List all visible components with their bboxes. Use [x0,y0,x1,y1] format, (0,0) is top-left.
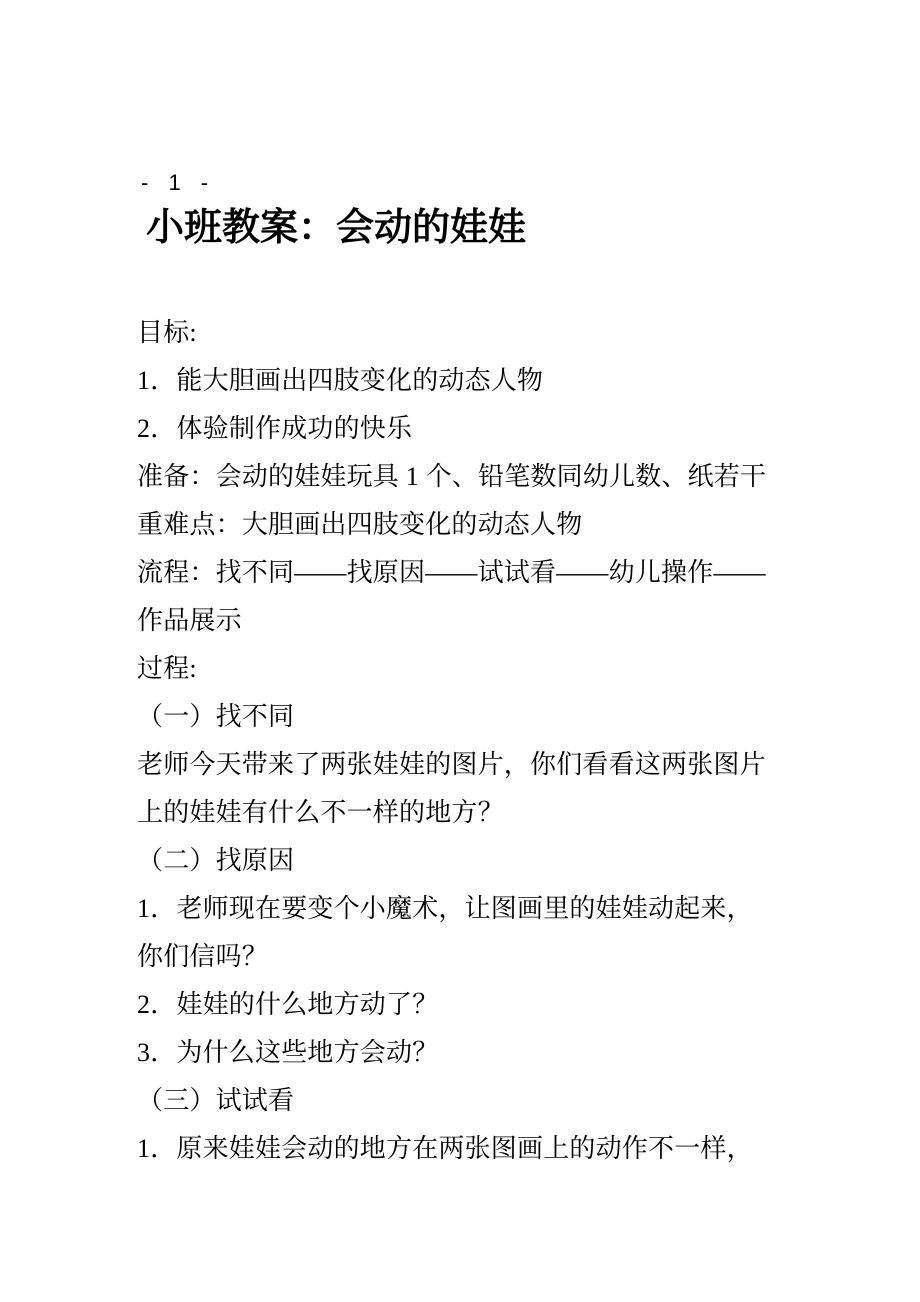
document-title: 小班教案：会动的娃娃 [146,204,526,252]
body-line: 3．为什么这些地方会动？ [137,1029,847,1077]
body-line: 目标: [137,309,847,357]
body-line: 重难点：大胆画出四肢变化的动态人物 [137,501,847,549]
body-line: 2．娃娃的什么地方动了？ [137,981,847,1029]
body-line: 流程：找不同——找原因——试试看——幼儿操作—— [137,549,847,597]
body-line: （二）找原因 [137,837,847,885]
body-line: 作品展示 [137,597,847,645]
body-line: 1．能大胆画出四肢变化的动态人物 [137,357,847,405]
document-body: 目标: 1．能大胆画出四肢变化的动态人物 2．体验制作成功的快乐 准备：会动的娃… [137,309,847,1173]
body-line: 1．老师现在要变个小魔术，让图画里的娃娃动起来， [137,885,847,933]
body-line: （三）试试看 [137,1077,847,1125]
body-line: 上的娃娃有什么不一样的地方？ [137,789,847,837]
body-line: （一）找不同 [137,693,847,741]
body-line: 准备：会动的娃娃玩具 1 个、铅笔数同幼儿数、纸若干 [137,453,847,501]
document-page: - 1 - 小班教案：会动的娃娃 目标: 1．能大胆画出四肢变化的动态人物 2．… [0,0,920,1302]
body-line: 过程: [137,645,847,693]
body-line: 2．体验制作成功的快乐 [137,405,847,453]
body-line: 1．原来娃娃会动的地方在两张图画上的动作不一样， [137,1125,847,1173]
body-line: 你们信吗？ [137,933,847,981]
body-line: 老师今天带来了两张娃娃的图片，你们看看这两张图片 [137,741,847,789]
page-number: - 1 - [141,172,215,194]
